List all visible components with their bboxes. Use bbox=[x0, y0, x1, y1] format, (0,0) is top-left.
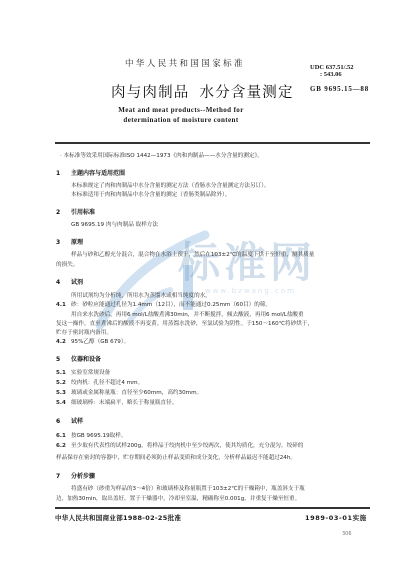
section-7-para-1: 将盛有砂（砂重为样品的3～4倍）和玻璃棒及称量瓶置于103±2℃的干燥箱中，瓶盖… bbox=[71, 486, 305, 493]
effective-date: 1989-03-01实施 bbox=[305, 513, 367, 522]
section-1-heading: 1主题内容与适用范围 bbox=[56, 168, 125, 177]
item-5-1: 5.1实验室常规设备 bbox=[56, 370, 110, 377]
item-4-2: 4.295%乙醇（GB 679）。 bbox=[56, 339, 129, 346]
item-5-2: 5.2绞肉机：孔径不超过4 mm。 bbox=[56, 380, 143, 387]
item-4-1-para-1: 用自来水洗砂后，再用6 mol/L盐酸煮沸30min，并不断搅拌，倾去酸液，再用… bbox=[71, 312, 304, 319]
section-7-heading: 7分析步骤 bbox=[56, 471, 95, 480]
top-divider bbox=[55, 142, 370, 144]
udc-classification: UDC 637.51/.52 : 543.06 bbox=[310, 64, 354, 78]
item-5-3: 5.3玻璃或金属称量瓶：直径至少60mm，高约30mm。 bbox=[56, 390, 202, 397]
section-3-para-1: 样品与砂和乙醇充分混合，混合物在水浴上预干，然后在103±2℃的温度下烘干至恒重… bbox=[71, 252, 314, 259]
page-title: 肉与肉制品水分含量测定 bbox=[111, 81, 294, 102]
section-4-heading: 4试剂 bbox=[56, 277, 83, 286]
page-number: 306 bbox=[342, 531, 352, 537]
standard-number: GB 9695.15—88 bbox=[310, 85, 369, 93]
item-4-1: 4.1砂：砂粒应能通过孔径为1.4mm（12目），而不能通过0.25mm（60目… bbox=[56, 302, 271, 309]
section-1-para-2: 本标准适用于肉和肉制品中水分含量的测定（香肠类制品除外）。 bbox=[71, 192, 230, 199]
section-7-para-2: 边，加热30min，取出盖好，置于干燥器中，冷却至室温，精确称至0.001g，并… bbox=[56, 496, 300, 503]
item-4-1-para-2: 复这一操作，直至煮沸后的酸液不再变黄。用蒸馏水洗砂，至氯试验为阴性。于150～1… bbox=[56, 321, 313, 328]
english-title-line-1: Meat and meat products--Method for bbox=[108, 105, 254, 115]
udc-line-2: : 543.06 bbox=[310, 71, 354, 78]
item-5-4: 5.4细玻璃棒：末端扁平，略长于称量瓶直径。 bbox=[56, 400, 177, 407]
section-1-para-1: 本标准规定了肉和肉制品中水分含量的测定方法（香肠水分含量测定方法另订）。 bbox=[71, 183, 270, 190]
watermark-url: www.bzwang.com bbox=[205, 287, 296, 295]
section-4-para-1: 所用试剂均为分析纯，所用水为蒸馏水或相当纯度的水。 bbox=[71, 293, 211, 300]
approval-date: 中华人民共和国商业部1988-02-25批准 bbox=[55, 513, 181, 522]
section-5-heading: 5仪器和设备 bbox=[56, 354, 101, 363]
bottom-divider bbox=[55, 507, 370, 509]
item-6-1: 6.1按GB 9695.19取样。 bbox=[56, 433, 126, 440]
section-6-heading: 6试样 bbox=[56, 416, 83, 425]
item-6-2-line-2: 样品保存在密封的容器中，贮存期间必须防止样品变质和成分变化，分析样品最迟不能超过… bbox=[56, 455, 296, 462]
udc-line-1: UDC 637.51/.52 bbox=[310, 64, 354, 71]
item-4-1-para-3: 贮存于密封瓶内备用。 bbox=[56, 330, 112, 337]
english-title: Meat and meat products--Method for deter… bbox=[108, 105, 254, 125]
section-2-heading: 2引用标准 bbox=[56, 207, 95, 216]
section-2-para-1: GB 9695.19 肉与肉制品 取样方法 bbox=[71, 222, 158, 229]
watermark-text: 标准网 bbox=[178, 230, 316, 290]
section-3-heading: 3原理 bbox=[56, 237, 83, 246]
title-part-1: 肉与肉制品 bbox=[111, 85, 190, 101]
item-6-2: 6.2至少取有代表性的试样200g，将样品于绞肉机中至少绞两次，使其均质化，充分… bbox=[56, 443, 303, 450]
issuing-organization: 中华人民共和国国家标准 bbox=[125, 57, 245, 69]
title-part-2: 水分含量测定 bbox=[200, 85, 294, 101]
intro-note: · 本标准等效采用国际标准ISO 1442—1973《肉和肉制品——水分含量的测… bbox=[60, 153, 263, 160]
section-3-para-2: 的损失。 bbox=[56, 262, 78, 269]
english-title-line-2: determination of moisture content bbox=[108, 115, 254, 125]
